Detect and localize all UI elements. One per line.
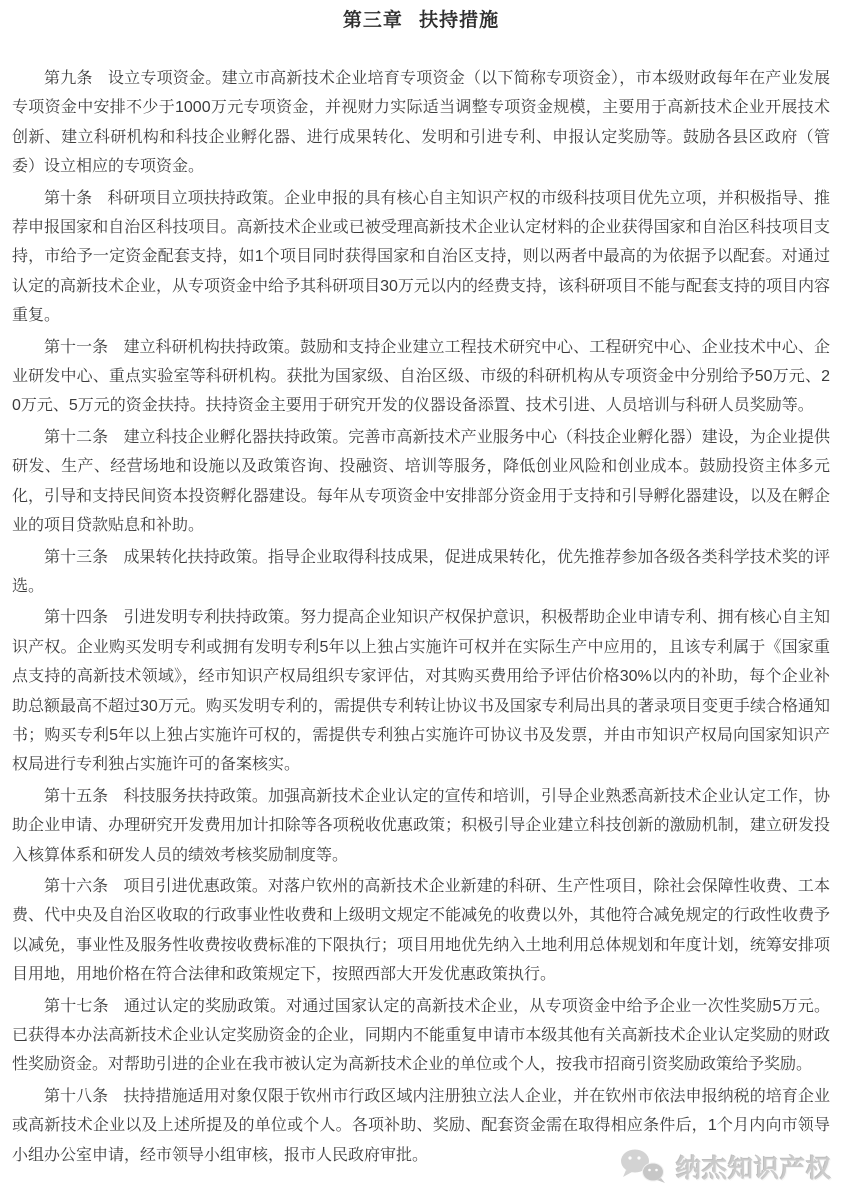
- watermark-text: 纳杰知识产权: [676, 1149, 832, 1185]
- article-label: 第十八条: [44, 1088, 108, 1105]
- article-label: 第十五条: [44, 788, 108, 805]
- article-paragraph-16: 第十六条项目引进优惠政策。对落户钦州的高新技术企业新建的科研、生产性项目，除社会…: [12, 872, 830, 990]
- article-paragraph-13: 第十三条成果转化扶持政策。指导企业取得科技成果，促进成果转化，优先推荐参加各级各…: [12, 543, 830, 602]
- article-label: 第十七条: [44, 998, 109, 1015]
- article-text: 科研项目立项扶持政策。企业申报的具有核心自主知识产权的市级科技项目优先立项，并积…: [12, 190, 830, 325]
- chat-bubbles-logo-icon: [617, 1146, 671, 1188]
- document-body: 第九条设立专项资金。建立市高新技术企业培育专项资金（以下简称专项资金），市本级财…: [12, 64, 830, 1170]
- article-paragraph-12: 第十二条建立科技企业孵化器扶持政策。完善市高新技术产业服务中心（科技企业孵化器）…: [12, 423, 830, 541]
- article-paragraph-14: 第十四条引进发明专利扶持政策。努力提高企业知识产权保护意识，积极帮助企业申请专利…: [12, 603, 830, 779]
- article-label: 第十条: [44, 190, 92, 207]
- article-text: 引进发明专利扶持政策。努力提高企业知识产权保护意识，积极帮助企业申请专利、拥有核…: [12, 609, 830, 773]
- article-label: 第十六条: [44, 878, 108, 895]
- article-text: 建立科技企业孵化器扶持政策。完善市高新技术产业服务中心（科技企业孵化器）建设，为…: [12, 429, 830, 534]
- article-label: 第十一条: [44, 339, 108, 356]
- chapter-name: 扶持措施: [419, 10, 499, 31]
- article-label: 第十三条: [44, 549, 108, 566]
- article-label: 第十二条: [44, 429, 108, 446]
- article-paragraph-15: 第十五条科技服务扶持政策。加强高新技术企业认定的宣传和培训，引导企业熟悉高新技术…: [12, 782, 830, 870]
- article-label: 第十四条: [44, 609, 108, 626]
- document-page: 第三章扶持措施 第九条设立专项资金。建立市高新技术企业培育专项资金（以下简称专项…: [0, 0, 842, 1202]
- article-label: 第九条: [44, 70, 93, 87]
- article-paragraph-10: 第十条科研项目立项扶持政策。企业申报的具有核心自主知识产权的市级科技项目优先立项…: [12, 184, 830, 331]
- article-paragraph-11: 第十一条建立科研机构扶持政策。鼓励和支持企业建立工程技术研究中心、工程研究中心、…: [12, 333, 830, 421]
- article-text: 建立科研机构扶持政策。鼓励和支持企业建立工程技术研究中心、工程研究中心、企业技术…: [12, 339, 830, 415]
- watermark: 纳杰知识产权: [617, 1146, 832, 1188]
- article-text: 通过认定的奖励政策。对通过国家认定的高新技术企业，从专项资金中给予企业一次性奖励…: [12, 998, 830, 1074]
- article-paragraph-9: 第九条设立专项资金。建立市高新技术企业培育专项资金（以下简称专项资金），市本级财…: [12, 64, 830, 182]
- article-text: 成果转化扶持政策。指导企业取得科技成果，促进成果转化，优先推荐参加各级各类科学技…: [12, 549, 830, 595]
- article-text: 设立专项资金。建立市高新技术企业培育专项资金（以下简称专项资金），市本级财政每年…: [12, 70, 830, 175]
- chapter-title: 第三章扶持措施: [12, 8, 830, 34]
- article-text: 项目引进优惠政策。对落户钦州的高新技术企业新建的科研、生产性项目，除社会保障性收…: [12, 878, 830, 983]
- chapter-number: 第三章: [343, 10, 403, 31]
- article-paragraph-17: 第十七条通过认定的奖励政策。对通过国家认定的高新技术企业，从专项资金中给予企业一…: [12, 992, 830, 1080]
- article-text: 科技服务扶持政策。加强高新技术企业认定的宣传和培训，引导企业熟悉高新技术企业认定…: [12, 788, 830, 864]
